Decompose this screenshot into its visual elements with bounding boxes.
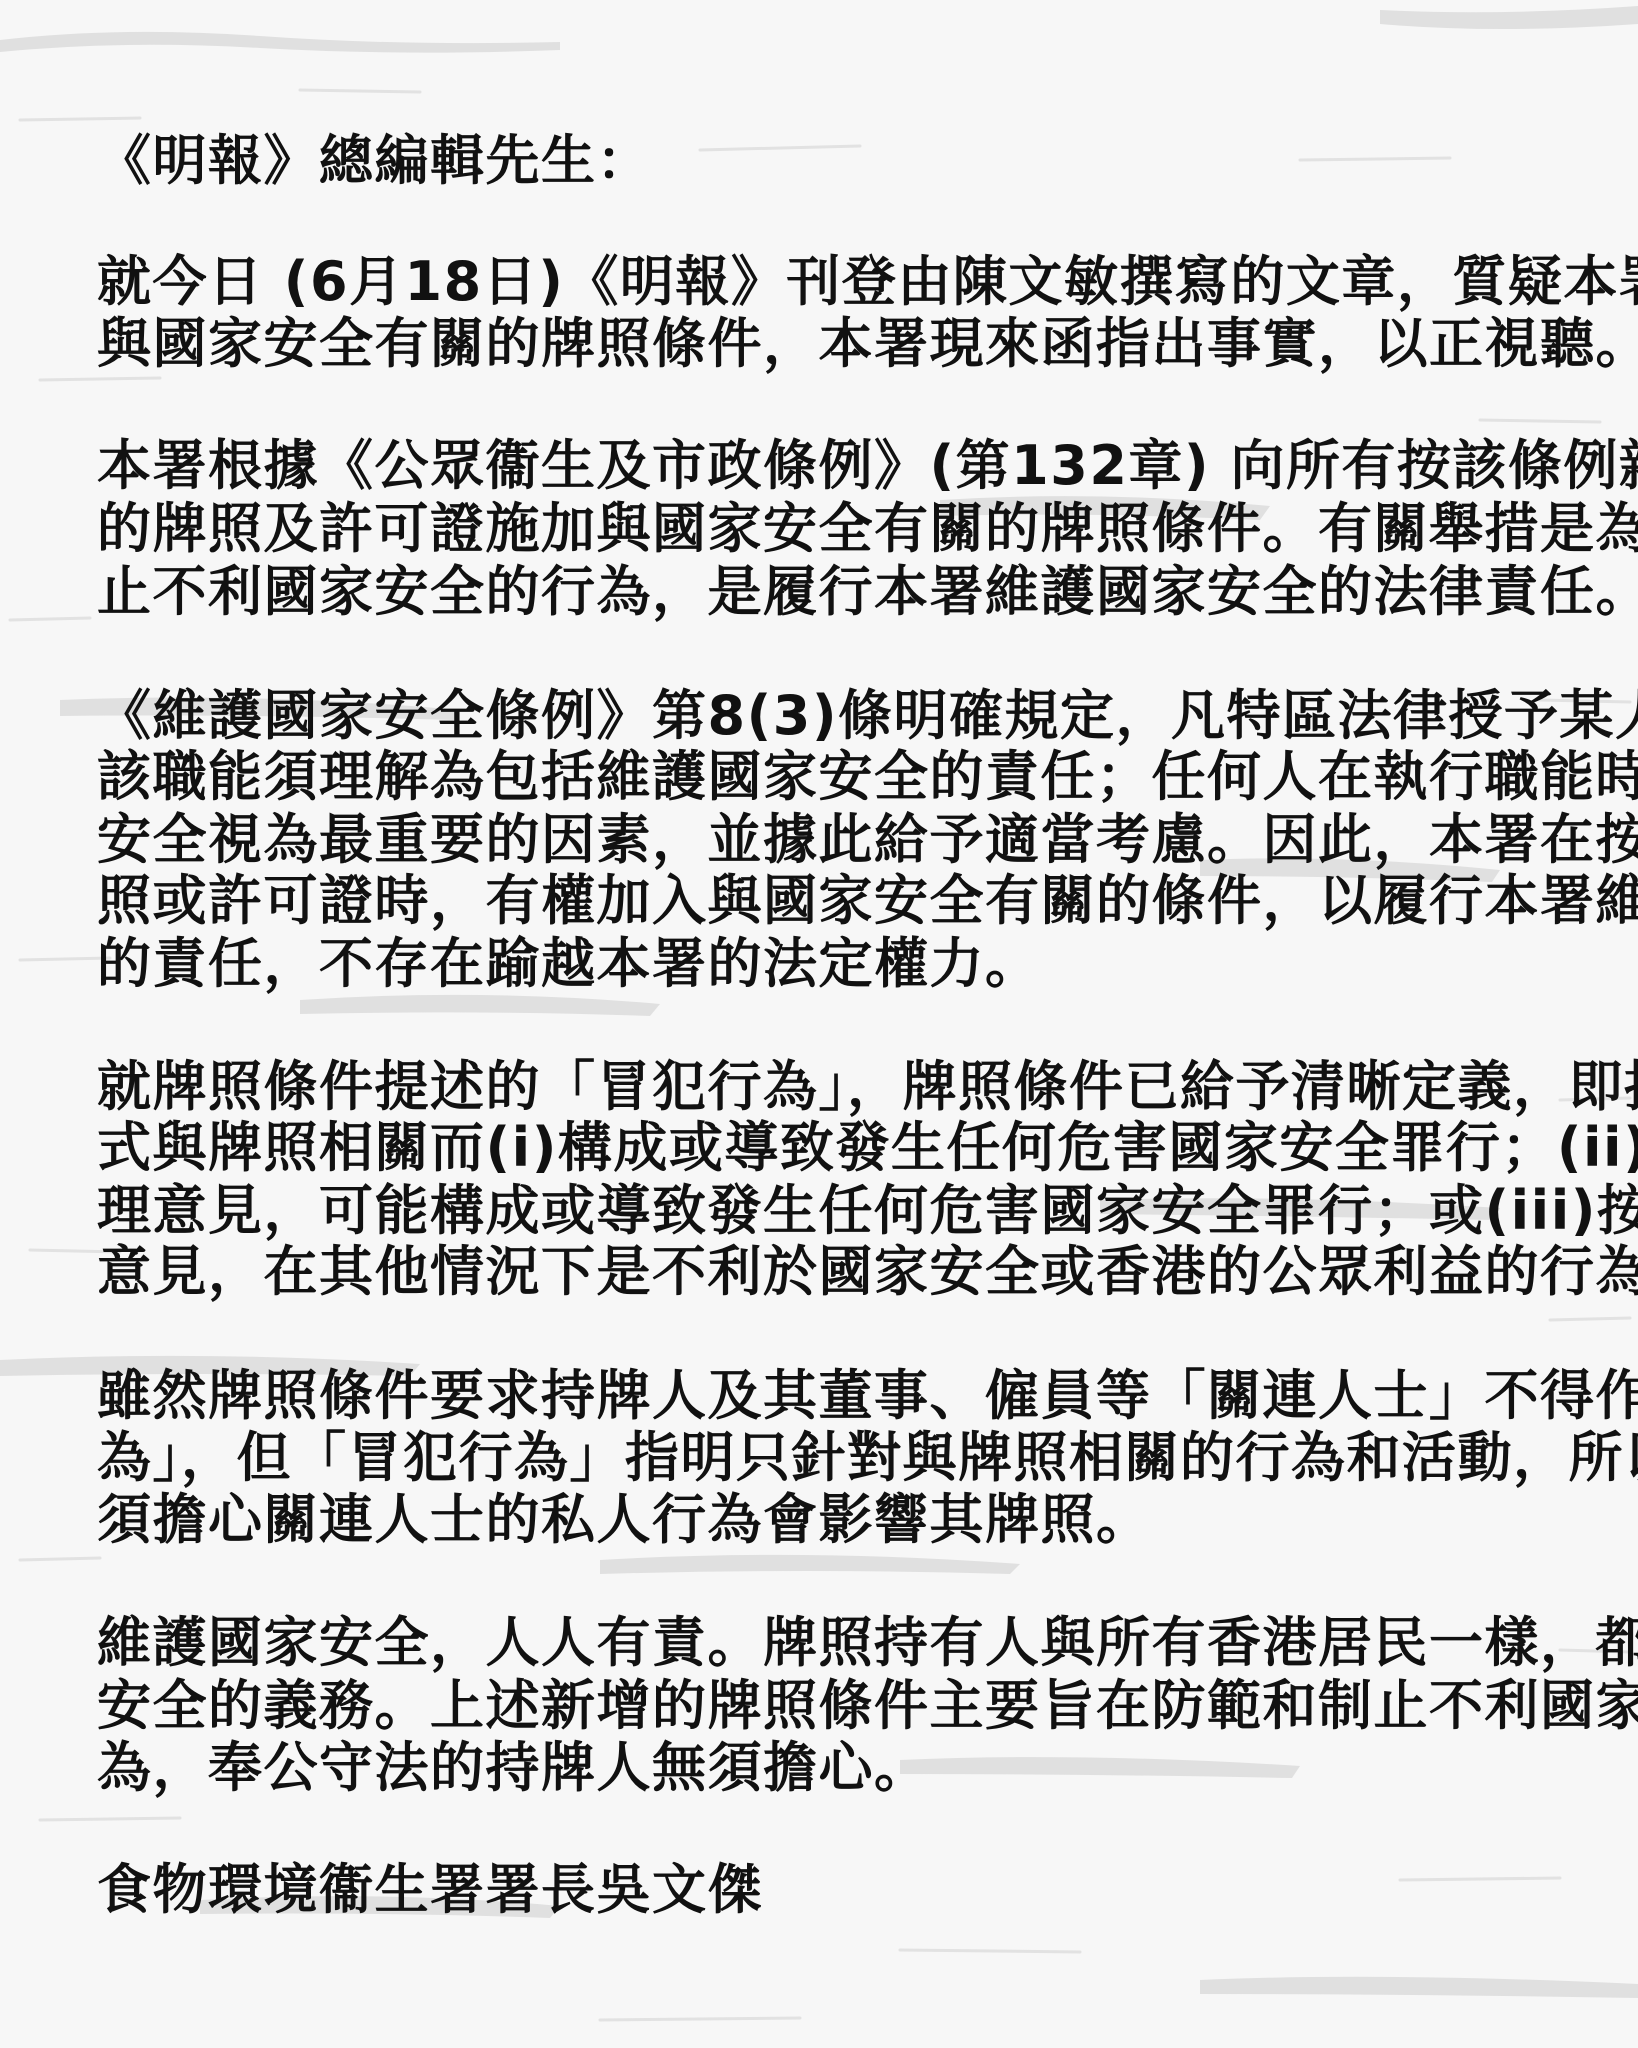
paragraph-line: 與國家安全有關的牌照條件，本署現來函指出事實，以正視聽。 [97,313,1638,375]
paragraph-line: 維護國家安全，人人有責。牌照持有人與所有香港居民一樣，都有維護國家 [97,1612,1638,1674]
paragraph-line: 止不利國家安全的行為，是履行本署維護國家安全的法律責任。 [97,561,1638,623]
paragraph-line: 式與牌照相關而(i)構成或導致發生任何危害國家安全罪行；(ii)按政府的合 [97,1117,1638,1179]
paragraph-line: 《維護國家安全條例》第8(3)條明確規定，凡特區法律授予某人任何職能， [97,685,1638,747]
signature: 食物環境衞生署署長吳文傑 [97,1859,763,1921]
paragraph-line: 為」，但「冒犯行為」指明只針對與牌照相關的行為和活動，所以持牌人無 [97,1427,1638,1489]
paragraph-line: 為，奉公守法的持牌人無須擔心。 [97,1737,930,1799]
paragraph-line: 意見，在其他情況下是不利於國家安全或香港的公眾利益的行為或活動。 [97,1241,1638,1303]
paragraph-line: 安全視為最重要的因素，並據此給予適當考慮。因此，本署在按法例簽發牌 [97,809,1638,871]
salutation: 《明報》總編輯先生： [97,130,652,192]
paragraph-line: 該職能須理解為包括維護國家安全的責任；任何人在執行職能時，須將國家 [97,746,1638,808]
paragraph-line: 照或許可證時，有權加入與國家安全有關的條件，以履行本署維護國家安全 [97,870,1638,932]
paragraph-line: 的牌照及許可證施加與國家安全有關的牌照條件。有關舉措是為了防範和制 [97,498,1638,560]
paragraph-line: 雖然牌照條件要求持牌人及其董事、僱員等「關連人士」不得作出「冒犯行 [97,1365,1638,1427]
paragraph-line: 本署根據《公眾衞生及市政條例》(第132章) 向所有按該條例新簽發及續期 [97,435,1638,497]
paragraph-line: 理意見，可能構成或導致發生任何危害國家安全罪行；或(iii)按政府的合理 [97,1180,1638,1242]
paragraph-line: 就牌照條件提述的「冒犯行為」，牌照條件已給予清晰定義，即指以任何方 [97,1056,1638,1118]
paragraph-line: 就今日 (6月18日)《明報》刊登由陳文敏撰寫的文章，質疑本署在牌照施加 [97,251,1638,313]
paragraph-line: 的責任，不存在踰越本署的法定權力。 [97,933,1041,995]
paragraph-line: 安全的義務。上述新增的牌照條件主要旨在防範和制止不利國家安全的行 [97,1675,1638,1737]
paragraph-line: 須擔心關連人士的私人行為會影響其牌照。 [97,1489,1152,1551]
